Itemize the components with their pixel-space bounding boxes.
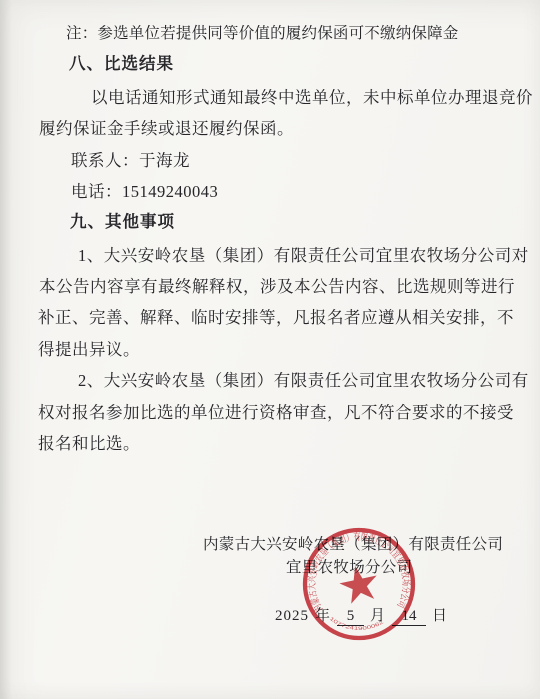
section-9-item-2-line-1: 2、大兴安岭农垦（集团）有限责任公司宜里农牧场分公司有	[78, 370, 529, 391]
signature-date-line: 2025 年 5 月 14 日	[275, 604, 448, 626]
section-9-heading: 九、其他事项	[70, 212, 175, 233]
signature-company-line-1: 内蒙古大兴安岭农垦（集团）有限责任公司	[203, 534, 503, 555]
section-8-paragraph-line-1: 以电话通知形式通知最终中选单位，未中标单位办理退竞价	[91, 87, 533, 108]
section-9-item-1-line-2: 本公告内容享有最终解释权，涉及本公告内容、比选规则等进行	[39, 276, 515, 297]
section-9-item-1-line-1: 1、大兴安岭农垦（集团）有限责任公司宜里农牧场分公司对	[78, 245, 529, 266]
scanned-document-page: 注：参选单位若提供同等价值的履约保函可不缴纳保障金 八、比选结果 以电话通知形式…	[0, 0, 540, 699]
date-year: 2025	[275, 608, 309, 625]
section-9-item-2-line-2: 权对报名参加比选的单位进行资格审查，凡不符合要求的不接受	[38, 402, 514, 423]
section-9-item-1-line-4: 得提出异议。	[38, 339, 140, 360]
date-month-unit: 月	[370, 604, 386, 625]
date-day-unit: 日	[432, 604, 448, 625]
phone-number-line: 电话：15149240043	[71, 181, 218, 202]
section-8-heading: 八、比选结果	[69, 54, 174, 75]
date-year-unit: 年	[315, 604, 331, 625]
signature-company-line-2: 宜里农牧场分公司	[286, 557, 412, 578]
date-month-underlined: 5	[337, 608, 364, 626]
section-9-item-2-line-3: 报名和比选。	[38, 433, 140, 454]
contact-person-line: 联系人：于海龙	[71, 150, 190, 171]
note-line: 注：参选单位若提供同等价值的履约保函可不缴纳保障金	[66, 23, 459, 44]
section-9-item-1-line-3: 补正、完善、解释、临时安排等，凡报名者应遵从相关安排，不	[38, 307, 514, 328]
date-day-underlined: 14	[392, 608, 426, 626]
section-8-paragraph-line-2: 履约保证金手续或退还履约保函。	[39, 118, 294, 139]
